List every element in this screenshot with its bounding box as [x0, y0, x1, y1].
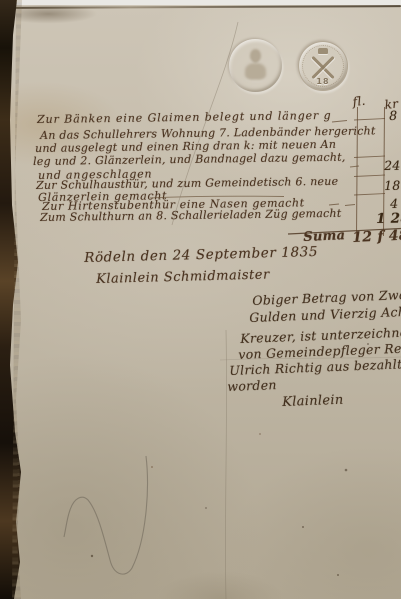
receipt-signature: Klainlein: [282, 393, 344, 410]
seal-crown-icon: [318, 48, 328, 54]
embossed-crossed-keys-seal-icon: 18: [298, 41, 348, 91]
seal-bust-head: [250, 49, 261, 63]
amount-value: 24: [384, 158, 401, 173]
suma-value: 12 f 48: [352, 228, 401, 246]
seal-bust-torso: [245, 63, 266, 80]
currency-header-fl: fl.: [352, 94, 366, 109]
receipt-note-line: worden: [227, 377, 277, 394]
amount-value: 18: [384, 178, 401, 193]
amount-value: 4: [390, 196, 398, 211]
embossed-portrait-seal-icon: [229, 39, 282, 92]
seal-number: 18: [299, 77, 347, 86]
amount-value: 8: [389, 108, 397, 123]
document-photo: 18 fl. kr Zur Bänken eine Glaimen belegt…: [0, 0, 401, 599]
amount-value: 1 28: [376, 210, 401, 227]
suma-label: Suma: [303, 228, 346, 245]
